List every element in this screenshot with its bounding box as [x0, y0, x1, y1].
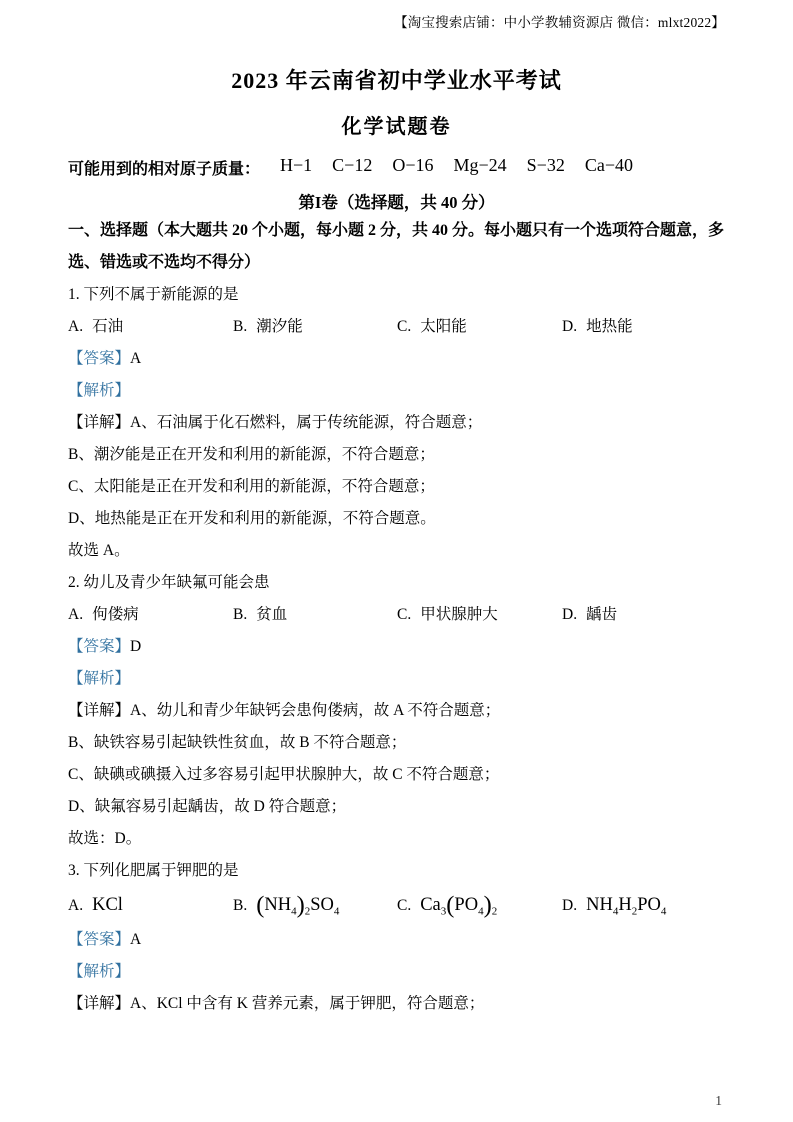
answer-line: 【答案】D — [68, 631, 725, 663]
option-text: 贫血 — [256, 606, 287, 623]
option-d: D.NH4H2PO4 — [562, 887, 725, 924]
option-a: A.佝偻病 — [68, 599, 233, 631]
option-b: B.潮汐能 — [233, 311, 397, 343]
atomic-mass-item: O−16 — [392, 155, 433, 176]
answer-label: 【答案】 — [68, 638, 130, 655]
option-label: B. — [233, 897, 247, 914]
chemical-formula: (NH4)2SO4 — [256, 895, 339, 915]
option-text: 地热能 — [586, 318, 633, 335]
analysis-label: 【解析】 — [68, 382, 130, 399]
options-row: A.KCl B.(NH4)2SO4 C.Ca3(PO4)2 D.NH4H2PO4 — [68, 887, 725, 924]
chemical-formula: Ca3(PO4)2 — [420, 895, 497, 915]
option-c: C.甲状腺肿大 — [397, 599, 562, 631]
option-label: B. — [233, 318, 247, 335]
page-content: 【淘宝搜索店铺：中小学教辅资源店 微信：mlxt2022】 2023 年云南省初… — [0, 0, 793, 1020]
option-d: D.龋齿 — [562, 599, 725, 631]
option-label: C. — [397, 606, 411, 623]
section-instruction: 一、选择题（本大题共 20 个小题，每小题 2 分，共 40 分。每小题只有一个… — [68, 215, 725, 279]
section-title: 第I卷（选择题，共 40 分） — [68, 189, 725, 213]
option-text: 石油 — [92, 318, 123, 335]
option-d: D.地热能 — [562, 311, 725, 343]
question-stem: 3. 下列化肥属于钾肥的是 — [68, 855, 725, 887]
option-text: 龋齿 — [586, 606, 617, 623]
option-label: A. — [68, 897, 83, 914]
atomic-mass-item: C−12 — [332, 155, 372, 176]
option-label: B. — [233, 606, 247, 623]
exam-title: 2023 年云南省初中学业水平考试 — [68, 64, 725, 95]
option-label: A. — [68, 606, 83, 623]
analysis-line: 【解析】 — [68, 956, 725, 988]
explanation-line: 故选 A。 — [68, 535, 725, 567]
option-text: 甲状腺肿大 — [420, 606, 498, 623]
atomic-masses-line: 可能用到的相对原子质量：H−1C−12O−16Mg−24S−32Ca−40 — [68, 156, 725, 179]
question-stem: 1. 下列不属于新能源的是 — [68, 279, 725, 311]
chemical-formula: NH4H2PO4 — [586, 895, 666, 915]
answer-value: D — [130, 638, 141, 655]
analysis-line: 【解析】 — [68, 663, 725, 695]
explanation-line: C、缺碘或碘摄入过多容易引起甲状腺肿大，故 C 不符合题意； — [68, 759, 725, 791]
option-a: A.石油 — [68, 311, 233, 343]
question-block-1: 1. 下列不属于新能源的是 A.石油 B.潮汐能 C.太阳能 D.地热能 【答案… — [68, 279, 725, 567]
explanation-line: 【详解】A、KCl 中含有 K 营养元素，属于钾肥，符合题意； — [68, 988, 725, 1020]
explanation-line: D、地热能是正在开发和利用的新能源，不符合题意。 — [68, 503, 725, 535]
atomic-mass-item: S−32 — [527, 155, 565, 176]
exam-subtitle: 化学试题卷 — [68, 110, 725, 139]
answer-line: 【答案】A — [68, 343, 725, 375]
question-block-2: 2. 幼儿及青少年缺氟可能会患 A.佝偻病 B.贫血 C.甲状腺肿大 D.龋齿 … — [68, 567, 725, 855]
analysis-label: 【解析】 — [68, 963, 130, 980]
explanation-line: 故选：D。 — [68, 823, 725, 855]
page-number: 1 — [715, 1093, 722, 1109]
explanation-line: B、缺铁容易引起缺铁性贫血，故 B 不符合题意； — [68, 727, 725, 759]
store-watermark: 【淘宝搜索店铺：中小学教辅资源店 微信：mlxt2022】 — [68, 0, 725, 31]
explanation-line: 【详解】A、幼儿和青少年缺钙会患佝偻病，故 A 不符合题意； — [68, 695, 725, 727]
option-c: C.Ca3(PO4)2 — [397, 887, 562, 924]
option-c: C.太阳能 — [397, 311, 562, 343]
atomic-mass-item: H−1 — [280, 155, 312, 176]
options-row: A.佝偻病 B.贫血 C.甲状腺肿大 D.龋齿 — [68, 599, 725, 631]
atomic-mass-item: Mg−24 — [454, 155, 507, 176]
analysis-label: 【解析】 — [68, 670, 130, 687]
option-text: 佝偻病 — [92, 606, 139, 623]
option-label: C. — [397, 318, 411, 335]
explanation-line: D、缺氟容易引起龋齿，故 D 符合题意； — [68, 791, 725, 823]
chemical-formula: KCl — [92, 895, 123, 915]
atomic-masses-label: 可能用到的相对原子质量： — [68, 161, 260, 178]
option-text: 太阳能 — [420, 318, 467, 335]
analysis-line: 【解析】 — [68, 375, 725, 407]
option-b: B.(NH4)2SO4 — [233, 887, 397, 924]
question-stem: 2. 幼儿及青少年缺氟可能会患 — [68, 567, 725, 599]
explanation-line: 【详解】A、石油属于化石燃料，属于传统能源，符合题意； — [68, 407, 725, 439]
option-label: D. — [562, 897, 577, 914]
option-label: D. — [562, 318, 577, 335]
atomic-mass-item: Ca−40 — [585, 155, 633, 176]
explanation-line: B、潮汐能是正在开发和利用的新能源，不符合题意； — [68, 439, 725, 471]
answer-label: 【答案】 — [68, 931, 130, 948]
answer-value: A — [130, 931, 141, 948]
exam-page: 【淘宝搜索店铺：中小学教辅资源店 微信：mlxt2022】 2023 年云南省初… — [0, 0, 793, 1122]
answer-value: A — [130, 350, 141, 367]
option-b: B.贫血 — [233, 599, 397, 631]
option-a: A.KCl — [68, 887, 233, 924]
question-block-3: 3. 下列化肥属于钾肥的是 A.KCl B.(NH4)2SO4 C.Ca3(PO… — [68, 855, 725, 1020]
option-text: 潮汐能 — [256, 318, 303, 335]
options-row: A.石油 B.潮汐能 C.太阳能 D.地热能 — [68, 311, 725, 343]
option-label: C. — [397, 897, 411, 914]
option-label: A. — [68, 318, 83, 335]
answer-line: 【答案】A — [68, 924, 725, 956]
option-label: D. — [562, 606, 577, 623]
answer-label: 【答案】 — [68, 350, 130, 367]
explanation-line: C、太阳能是正在开发和利用的新能源，不符合题意； — [68, 471, 725, 503]
